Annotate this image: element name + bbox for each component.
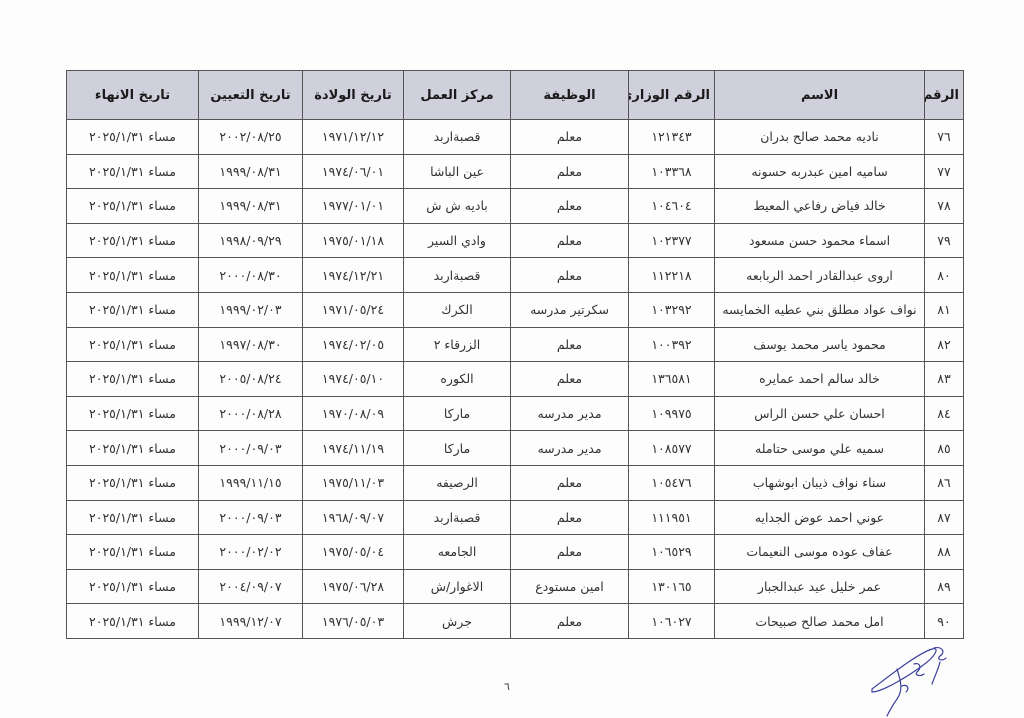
- header-appointment-date: تاريخ التعيين: [199, 71, 303, 120]
- employee-roster-table: الرقم الاسم الرقم الوزاري الوظيفة مركز ا…: [66, 70, 964, 639]
- cell-end-date: مساء ٢٠٢٥/١/٣١: [67, 223, 199, 258]
- cell-no: ٨٩: [925, 569, 964, 604]
- cell-name: خالد فياض رفاعي المعيط: [715, 189, 925, 224]
- cell-birth-date: ١٩٧٤/٠٢/٠٥: [303, 327, 404, 362]
- cell-appointment-date: ١٩٩٩/٠٢/٠٣: [199, 292, 303, 327]
- cell-end-date: مساء ٢٠٢٥/١/٣١: [67, 154, 199, 189]
- cell-appointment-date: ٢٠٠٠/٠٩/٠٣: [199, 431, 303, 466]
- table-row: ٨٢محمود ياسر محمد يوسف١٠٠٣٩٢معلمالزرقاء …: [67, 327, 964, 362]
- cell-birth-date: ١٩٧٤/١٢/٢١: [303, 258, 404, 293]
- cell-workplace: الجامعه: [404, 535, 511, 570]
- cell-appointment-date: ٢٠٠٥/٠٨/٢٤: [199, 362, 303, 397]
- cell-name: عفاف عوده موسى النعيمات: [715, 535, 925, 570]
- cell-birth-date: ١٩٧٤/٠٦/٠١: [303, 154, 404, 189]
- signature-icon: [862, 644, 962, 718]
- table-row: ٨٣خالد سالم احمد عمايره١٣٦٥٨١معلمالكوره١…: [67, 362, 964, 397]
- cell-end-date: مساء ٢٠٢٥/١/٣١: [67, 396, 199, 431]
- cell-name: خالد سالم احمد عمايره: [715, 362, 925, 397]
- table-row: ٨٥سميه علي موسى حتامله١٠٨٥٧٧مدير مدرسهما…: [67, 431, 964, 466]
- header-end-date: تاريخ الانهاء: [67, 71, 199, 120]
- table-header-row: الرقم الاسم الرقم الوزاري الوظيفة مركز ا…: [67, 71, 964, 120]
- cell-no: ٨٦: [925, 465, 964, 500]
- header-job: الوظيفة: [511, 71, 629, 120]
- cell-job: معلم: [511, 327, 629, 362]
- cell-birth-date: ١٩٧٦/٠٥/٠٣: [303, 604, 404, 639]
- table-row: ٧٧ساميه امين عبدربه حسونه١٠٣٣٦٨معلمعين ا…: [67, 154, 964, 189]
- cell-workplace: الاغوار/ش: [404, 569, 511, 604]
- cell-end-date: مساء ٢٠٢٥/١/٣١: [67, 604, 199, 639]
- table-row: ٨٩عمر خليل عيد عبدالجبار١٣٠١٦٥امين مستود…: [67, 569, 964, 604]
- table-row: ٨١نواف عواد مطلق بني عطيه الخمايسه١٠٣٢٩٢…: [67, 292, 964, 327]
- table-row: ٨٠اروى عبدالقادر احمد الربابعه١١٢٢١٨معلم…: [67, 258, 964, 293]
- cell-job: معلم: [511, 189, 629, 224]
- cell-appointment-date: ١٩٩٩/١٢/٠٧: [199, 604, 303, 639]
- header-workplace: مركز العمل: [404, 71, 511, 120]
- cell-name: احسان علي حسن الراس: [715, 396, 925, 431]
- cell-job: معلم: [511, 362, 629, 397]
- cell-ministry-id: ١٠٩٩٧٥: [629, 396, 715, 431]
- cell-job: معلم: [511, 258, 629, 293]
- cell-no: ٧٦: [925, 120, 964, 155]
- cell-ministry-id: ١٠٣٣٦٨: [629, 154, 715, 189]
- cell-name: امل محمد صالح صبيحات: [715, 604, 925, 639]
- cell-no: ٨٤: [925, 396, 964, 431]
- cell-workplace: الرصيفه: [404, 465, 511, 500]
- cell-no: ٨١: [925, 292, 964, 327]
- cell-no: ٩٠: [925, 604, 964, 639]
- cell-birth-date: ١٩٧٥/١١/٠٣: [303, 465, 404, 500]
- cell-ministry-id: ١٠٣٢٩٢: [629, 292, 715, 327]
- cell-ministry-id: ١٢١٣٤٣: [629, 120, 715, 155]
- cell-job: مدير مدرسه: [511, 396, 629, 431]
- cell-no: ٨٨: [925, 535, 964, 570]
- cell-ministry-id: ١١٢٢١٨: [629, 258, 715, 293]
- cell-end-date: مساء ٢٠٢٥/١/٣١: [67, 120, 199, 155]
- cell-end-date: مساء ٢٠٢٥/١/٣١: [67, 258, 199, 293]
- cell-end-date: مساء ٢٠٢٥/١/٣١: [67, 327, 199, 362]
- header-ministry-id: الرقم الوزاري: [629, 71, 715, 120]
- cell-birth-date: ١٩٧٤/٠٥/١٠: [303, 362, 404, 397]
- cell-name: سميه علي موسى حتامله: [715, 431, 925, 466]
- cell-workplace: الكوره: [404, 362, 511, 397]
- cell-job: معلم: [511, 500, 629, 535]
- cell-job: معلم: [511, 535, 629, 570]
- table-row: ٨٤احسان علي حسن الراس١٠٩٩٧٥مدير مدرسهمار…: [67, 396, 964, 431]
- table-row: ٨٦سناء نواف ذيبان ابوشهاب١٠٥٤٧٦معلمالرصي…: [67, 465, 964, 500]
- cell-end-date: مساء ٢٠٢٥/١/٣١: [67, 431, 199, 466]
- cell-ministry-id: ١٣٠١٦٥: [629, 569, 715, 604]
- cell-ministry-id: ١٠٢٣٧٧: [629, 223, 715, 258]
- cell-name: اروى عبدالقادر احمد الربابعه: [715, 258, 925, 293]
- cell-appointment-date: ٢٠٠٠/٠٨/٢٨: [199, 396, 303, 431]
- cell-end-date: مساء ٢٠٢٥/١/٣١: [67, 362, 199, 397]
- table-row: ٨٧عوني احمد عوض الجدايه١١١٩٥١معلمقصبةارب…: [67, 500, 964, 535]
- cell-ministry-id: ١٠٨٥٧٧: [629, 431, 715, 466]
- header-no: الرقم: [925, 71, 964, 120]
- header-name: الاسم: [715, 71, 925, 120]
- cell-appointment-date: ٢٠٠٠/٠٩/٠٣: [199, 500, 303, 535]
- cell-name: ناديه محمد صالح بدران: [715, 120, 925, 155]
- table-body: ٧٦ناديه محمد صالح بدران١٢١٣٤٣معلمقصبةارب…: [67, 120, 964, 639]
- cell-no: ٨٢: [925, 327, 964, 362]
- cell-name: عمر خليل عيد عبدالجبار: [715, 569, 925, 604]
- table-row: ٨٨عفاف عوده موسى النعيمات١٠٦٥٢٩معلمالجام…: [67, 535, 964, 570]
- cell-birth-date: ١٩٧٠/٠٨/٠٩: [303, 396, 404, 431]
- cell-no: ٨٣: [925, 362, 964, 397]
- cell-job: معلم: [511, 604, 629, 639]
- cell-ministry-id: ١٠٦٠٢٧: [629, 604, 715, 639]
- cell-name: سناء نواف ذيبان ابوشهاب: [715, 465, 925, 500]
- cell-ministry-id: ١٠٤٦٠٤: [629, 189, 715, 224]
- cell-birth-date: ١٩٧٧/٠١/٠١: [303, 189, 404, 224]
- cell-end-date: مساء ٢٠٢٥/١/٣١: [67, 569, 199, 604]
- table-row: ٧٩اسماء محمود حسن مسعود١٠٢٣٧٧معلموادي ال…: [67, 223, 964, 258]
- cell-ministry-id: ١٠٦٥٢٩: [629, 535, 715, 570]
- cell-job: معلم: [511, 154, 629, 189]
- cell-birth-date: ١٩٧٥/٠٥/٠٤: [303, 535, 404, 570]
- cell-job: امين مستودع: [511, 569, 629, 604]
- cell-appointment-date: ٢٠٠٢/٠٨/٢٥: [199, 120, 303, 155]
- cell-birth-date: ١٩٦٨/٠٩/٠٧: [303, 500, 404, 535]
- cell-job: معلم: [511, 120, 629, 155]
- cell-ministry-id: ١١١٩٥١: [629, 500, 715, 535]
- cell-end-date: مساء ٢٠٢٥/١/٣١: [67, 465, 199, 500]
- cell-workplace: باديه ش ش: [404, 189, 511, 224]
- cell-name: محمود ياسر محمد يوسف: [715, 327, 925, 362]
- cell-name: عوني احمد عوض الجدايه: [715, 500, 925, 535]
- table-row: ٧٦ناديه محمد صالح بدران١٢١٣٤٣معلمقصبةارب…: [67, 120, 964, 155]
- cell-name: ساميه امين عبدربه حسونه: [715, 154, 925, 189]
- cell-no: ٧٨: [925, 189, 964, 224]
- cell-birth-date: ١٩٧١/٠٥/٢٤: [303, 292, 404, 327]
- cell-workplace: قصبةاربد: [404, 120, 511, 155]
- cell-job: معلم: [511, 223, 629, 258]
- table-row: ٧٨خالد فياض رفاعي المعيط١٠٤٦٠٤معلمباديه …: [67, 189, 964, 224]
- cell-no: ٧٧: [925, 154, 964, 189]
- cell-ministry-id: ١٠٥٤٧٦: [629, 465, 715, 500]
- cell-workplace: الكرك: [404, 292, 511, 327]
- cell-appointment-date: ٢٠٠٠/٠٨/٣٠: [199, 258, 303, 293]
- cell-job: معلم: [511, 465, 629, 500]
- cell-workplace: ماركا: [404, 431, 511, 466]
- cell-name: اسماء محمود حسن مسعود: [715, 223, 925, 258]
- cell-name: نواف عواد مطلق بني عطيه الخمايسه: [715, 292, 925, 327]
- cell-no: ٧٩: [925, 223, 964, 258]
- cell-end-date: مساء ٢٠٢٥/١/٣١: [67, 292, 199, 327]
- cell-no: ٨٠: [925, 258, 964, 293]
- cell-workplace: ماركا: [404, 396, 511, 431]
- cell-appointment-date: ٢٠٠٤/٠٩/٠٧: [199, 569, 303, 604]
- cell-workplace: قصبةاربد: [404, 500, 511, 535]
- page-number: ٦: [504, 680, 510, 693]
- cell-no: ٨٥: [925, 431, 964, 466]
- cell-ministry-id: ١٠٠٣٩٢: [629, 327, 715, 362]
- document-page: الرقم الاسم الرقم الوزاري الوظيفة مركز ا…: [0, 0, 1024, 718]
- cell-job: مدير مدرسه: [511, 431, 629, 466]
- cell-no: ٨٧: [925, 500, 964, 535]
- cell-workplace: وادي السير: [404, 223, 511, 258]
- cell-appointment-date: ١٩٩٩/٠٨/٣١: [199, 154, 303, 189]
- cell-appointment-date: ١٩٩٧/٠٨/٣٠: [199, 327, 303, 362]
- cell-birth-date: ١٩٧٥/٠٦/٢٨: [303, 569, 404, 604]
- cell-workplace: قصبةاربد: [404, 258, 511, 293]
- cell-workplace: عين الباشا: [404, 154, 511, 189]
- cell-workplace: جرش: [404, 604, 511, 639]
- cell-birth-date: ١٩٧١/١٢/١٢: [303, 120, 404, 155]
- cell-appointment-date: ٢٠٠٠/٠٢/٠٢: [199, 535, 303, 570]
- cell-job: سكرتير مدرسه: [511, 292, 629, 327]
- cell-appointment-date: ١٩٩٩/٠٨/٣١: [199, 189, 303, 224]
- cell-end-date: مساء ٢٠٢٥/١/٣١: [67, 189, 199, 224]
- cell-end-date: مساء ٢٠٢٥/١/٣١: [67, 500, 199, 535]
- cell-end-date: مساء ٢٠٢٥/١/٣١: [67, 535, 199, 570]
- table-row: ٩٠امل محمد صالح صبيحات١٠٦٠٢٧معلمجرش١٩٧٦/…: [67, 604, 964, 639]
- header-birth-date: تاريخ الولادة: [303, 71, 404, 120]
- cell-workplace: الزرقاء ٢: [404, 327, 511, 362]
- cell-birth-date: ١٩٧٤/١١/١٩: [303, 431, 404, 466]
- cell-appointment-date: ١٩٩٩/١١/١٥: [199, 465, 303, 500]
- cell-birth-date: ١٩٧٥/٠١/١٨: [303, 223, 404, 258]
- cell-appointment-date: ١٩٩٨/٠٩/٢٩: [199, 223, 303, 258]
- cell-ministry-id: ١٣٦٥٨١: [629, 362, 715, 397]
